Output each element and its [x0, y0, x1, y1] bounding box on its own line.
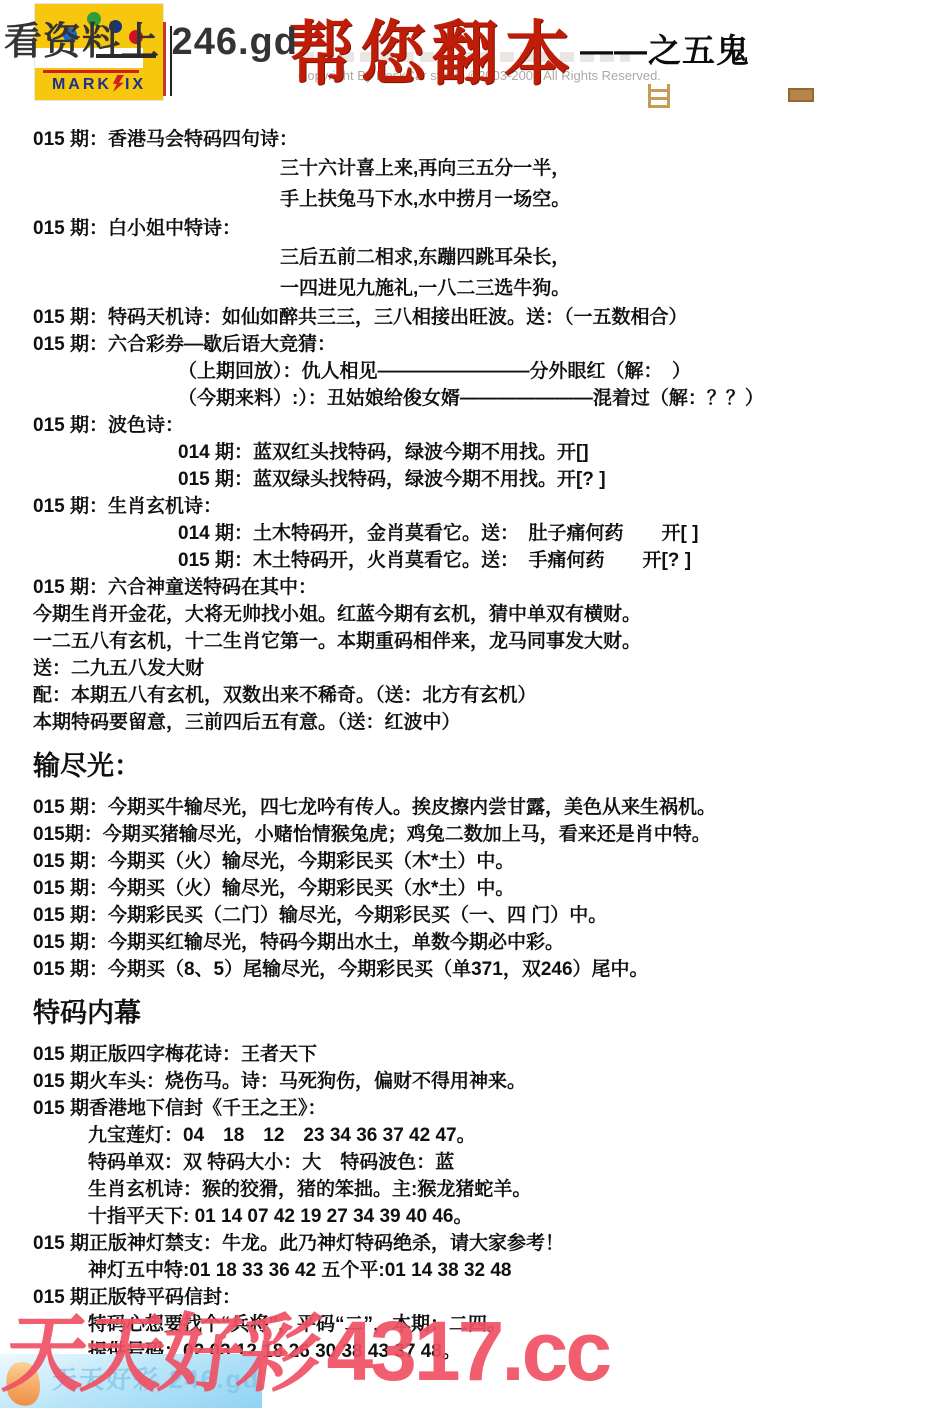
site-address-underline — [96, 54, 156, 58]
text-line: 015 期：今期彩民买（二门）输尽光，今期彩民买（一、四 门）中。 — [0, 902, 934, 929]
lightning-bolt-icon — [113, 75, 124, 92]
crate-icon — [788, 88, 814, 102]
text-line: 015 期正版神灯禁支：牛龙。此乃神灯特码绝杀，请大家参考！ — [0, 1230, 934, 1257]
page-header: MARKIX 看资料上 246.gd 帮您翻本——之五鬼 Copyright B… — [0, 0, 934, 122]
page-title: 帮您翻本——之五鬼 — [288, 0, 750, 95]
text-line: 015 期：香港马会特码四句诗： — [0, 126, 934, 153]
text-line: 015 期：今期买（火）输尽光，今期彩民买（水*土）中。 — [0, 875, 934, 902]
text-line: 特码单双：双 特码大小：大 特码波色：蓝 — [0, 1149, 934, 1176]
text-line: 014 期：土木特码开，金肖莫看它。送： 肚子痛何药 开[ ] — [0, 520, 934, 547]
text-line: 生肖玄机诗：猴的狡猾，猪的笨拙。主:猴龙猪蛇羊。 — [0, 1176, 934, 1203]
text-line: 014 期：蓝双红头找特码，绿波今期不用找。开[] — [0, 439, 934, 466]
poem-line: 三十六计喜上来,再向三五分一半， — [0, 153, 934, 184]
text-line: 九宝莲灯：04 18 12 23 34 36 37 42 47。 — [0, 1122, 934, 1149]
text-line: 015 期：今期买牛输尽光，四七龙吟有传人。挨皮擦内尝甘露，美色从来生祸机。 — [0, 794, 934, 821]
logo-red-line — [43, 70, 139, 73]
text-line: 015 期：特码天机诗：如仙如醉共三三，三八相接出旺波。送：（一五数相合） — [0, 304, 934, 331]
text-line: 015 期：白小姐中特诗： — [0, 215, 934, 242]
logo-wordmark: MARKIX — [41, 75, 157, 94]
watermark-brand: 天天好彩 — [0, 1287, 327, 1408]
text-line: 015 期正版四字梅花诗：王者天下 — [0, 1041, 934, 1068]
text-line: 015 期：今期买（8、5）尾输尽光，今期彩民买（单371，双246）尾中。 — [0, 956, 934, 983]
text-line: 015 期：六合彩券—歇后语大竞猜： — [0, 331, 934, 358]
tips-body: 015 期：香港马会特码四句诗： 三十六计喜上来,再向三五分一半， 手上扶兔马下… — [0, 126, 934, 1365]
text-line: 送：二九五八发大财 — [0, 655, 934, 682]
text-line: 015 期：木土特码开，火肖莫看它。送： 手痛何药 开[? ] — [0, 547, 934, 574]
title-suffix: ——之五鬼 — [580, 25, 750, 72]
section-heading-temaneimu: 特码内幕 — [0, 995, 934, 1031]
text-line: 015 期：生肖玄机诗： — [0, 493, 934, 520]
text-line: 015 期：波色诗： — [0, 412, 934, 439]
text-line: 015 期：今期买（火）输尽光，今期彩民买（木*土）中。 — [0, 848, 934, 875]
bottom-watermark: 天天好彩 4317.cc — [6, 1289, 609, 1406]
poem-line: 手上扶兔马下水,水中捞月一场空。 — [0, 184, 934, 215]
text-line: 015 期：今期买红输尽光，特码今期出水土，单数今期必中彩。 — [0, 929, 934, 956]
text-line: 配：本期五八有玄机，双数出来不稀奇。（送：北方有玄机） — [0, 682, 934, 709]
poem-line: 三后五前二相求,东蹦四跳耳朵长， — [0, 242, 934, 273]
section-heading-shujinguang: 输尽光： — [0, 748, 934, 784]
text-line: 015 期香港地下信封《千王之王》： — [0, 1095, 934, 1122]
text-line: 十指平天下: 01 14 07 42 19 27 34 39 40 46。 — [0, 1203, 934, 1230]
text-line: 015期：今期买猪输尽光，小赌怡情猴兔虎；鸡兔二数加上马，看来还是肖中特。 — [0, 821, 934, 848]
text-line: 今期生肖开金花，大将无帅找小姐。红蓝今期有玄机，猜中单双有横财。 — [0, 601, 934, 628]
text-line: 一二五八有玄机，十二生肖它第一。本期重码相伴来，龙马同事发大财。 — [0, 628, 934, 655]
text-line: 015 期：六合神童送特码在其中： — [0, 574, 934, 601]
ladder-icon — [648, 84, 670, 108]
text-line: 本期特码要留意，三前四后五有意。（送：红波中） — [0, 709, 934, 736]
logo-word-right: IX — [125, 76, 146, 93]
text-line: 015 期：蓝双绿头找特码，绿波今期不用找。开[? ] — [0, 466, 934, 493]
title-calligraphy: 帮您翻本 — [288, 0, 576, 97]
text-line: （今期来料）:）：丑姑娘给俊女婿———————混着过（解：？？） — [0, 385, 934, 412]
text-line: （上期回放）：仇人相见————————分外眼红（解： ） — [0, 358, 934, 385]
text-line: 015 期火车头：烧伤马。诗：马死狗伤，偏财不得用神来。 — [0, 1068, 934, 1095]
poem-line: 一四进见九施礼,一八二三选牛狗。 — [0, 273, 934, 304]
logo-word-left: MARK — [52, 76, 112, 93]
text-line: 神灯五中特:01 18 33 36 42 五个平:01 14 38 32 48 — [0, 1257, 934, 1284]
watermark-domain: 4317.cc — [326, 1303, 609, 1400]
